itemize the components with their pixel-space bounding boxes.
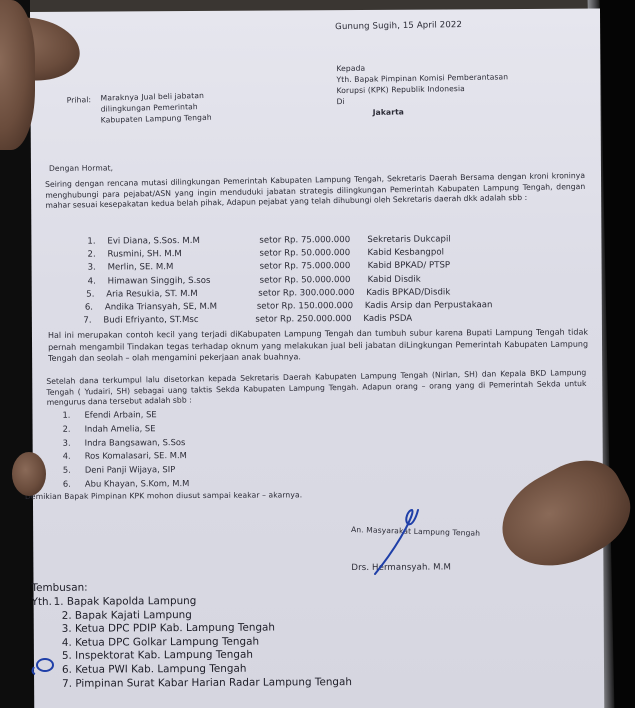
official-row: 1.Evi Diana, S.Sos. M.Msetor Rp. 75.000.… [87, 234, 547, 249]
num: 4. [88, 276, 96, 286]
recipient-line2: Korupsi (KPK) Republik Indonesia [336, 84, 465, 95]
official-row: 4.Himawan Singgih, S.sossetor Rp. 50.000… [88, 273, 548, 288]
place-date: Gunung Sugih, 15 April 2022 [335, 20, 462, 32]
subject-line3: Kabupaten Lampung Tengah [101, 113, 212, 125]
finger-left-middle [12, 452, 46, 496]
handler-number: 2. [63, 424, 71, 434]
position: Kadis Arsip dan Perpustakaan [365, 300, 493, 311]
num: 6. [85, 303, 93, 313]
pen-signature [370, 488, 450, 578]
num: 3. [88, 263, 96, 273]
recipient-line3: Di [337, 97, 345, 106]
official-name: Budi Efriyanto, ST.Msc [103, 315, 198, 326]
position: Kadis PSDA [363, 314, 412, 324]
deposit-amount: setor Rp. 50.000.000 [260, 275, 351, 286]
position: Kadis BPKAD/Disdik [366, 287, 450, 298]
recipient-city: Jakarta [373, 107, 404, 117]
official-name: Andika Triansyah, SE, M.M [105, 302, 217, 313]
position: Kabid BPKAD/ PTSP [368, 261, 451, 272]
recipient-line1: Yth. Bapak Pimpinan Komisi Pemberantasan [336, 72, 508, 84]
num: 1. [87, 237, 95, 247]
official-name: Aria Resukia, ST. M.M [106, 289, 197, 300]
handlers-list: 1.Efendi Arbain, SE2.Indah Amelia, SE3.I… [62, 410, 63, 493]
deposit-amount: setor Rp. 150.000.000 [257, 301, 353, 312]
official-row: 7.Budi Efriyanto, ST.Mscsetor Rp. 250.00… [88, 313, 548, 328]
letter-paper: Gunung Sugih, 15 April 2022 Kepada Yth. … [30, 9, 604, 708]
salutation: Dengan Hormat, [49, 163, 113, 172]
handler-name: Deni Panji Wijaya, SIP [85, 464, 176, 475]
position: Sekretaris Dukcapil [367, 234, 450, 245]
num: 2. [87, 250, 95, 260]
deposit-amount: setor Rp. 75.000.000 [260, 261, 351, 272]
subject-line1: Maraknya Jual beli jabatan [100, 91, 204, 103]
deposit-amount: setor Rp. 300.000.000 [258, 288, 354, 299]
num: 7. [83, 316, 91, 326]
official-row: 2.Rusmini, SH. M.Msetor Rp. 50.000.000Ka… [87, 247, 547, 262]
handler-number: 1. [62, 410, 70, 420]
position: Kabid Disdik [368, 274, 421, 284]
handler-number: 3. [63, 437, 71, 447]
photo: Gunung Sugih, 15 April 2022 Kepada Yth. … [0, 0, 635, 708]
official-row: 5.Aria Resukia, ST. M.Msetor Rp. 300.000… [88, 287, 548, 302]
recipient-label: Kepada [336, 64, 365, 73]
cc-list: 1. Bapak Kapolda Lampung2. Bapak Kajati … [54, 594, 352, 691]
num: 5. [86, 289, 94, 299]
handler-number: 5. [63, 465, 71, 475]
paragraph-fund-handlers: Setelah dana terkumpul lalu disetorkan k… [46, 368, 586, 408]
official-row: 6.Andika Triansyah, SE, M.Msetor Rp. 150… [88, 300, 548, 315]
official-name: Evi Diana, S.Sos. M.M [107, 236, 200, 247]
pen-circle-mark [28, 655, 58, 677]
handler-number: 6. [63, 479, 71, 489]
deposit-amount: setor Rp. 250.000.000 [255, 314, 351, 325]
deposit-amount: setor Rp. 75.000.000 [259, 235, 350, 246]
handler-name: Efendi Arbain, SE [84, 409, 156, 419]
official-name: Rusmini, SH. M.M [107, 249, 181, 259]
cc-item: 7. Pimpinan Surat Kabar Harian Radar Lam… [54, 676, 352, 691]
official-row: 3.Merlin, SE. M.Msetor Rp. 75.000.000Kab… [88, 260, 548, 275]
subject-line2: dilingkungan Pemerintah [101, 102, 198, 113]
official-name: Himawan Singgih, S.sos [108, 275, 211, 286]
cc-label: Tembusan: [31, 582, 87, 594]
closing-text: Demikian Bapak Pimpinan KPK mohon diusut… [25, 490, 302, 501]
handler-number: 4. [63, 451, 71, 461]
deposit-amount: setor Rp. 50.000.000 [259, 248, 350, 259]
position: Kabid Kesbangpol [367, 248, 444, 258]
intro-paragraph: Seiring dengan rencana mutasi dilingkung… [45, 171, 585, 211]
handler-name: Abu Khayan, S.Kom, M.M [85, 478, 190, 489]
paragraph-accountability: Hal ini merupakan contoh kecil yang terj… [48, 327, 588, 365]
official-name: Merlin, SE. M.M [108, 263, 174, 273]
subject-label: Prihal: [67, 95, 92, 105]
handler-name: Ros Komalasari, SE. M.M [85, 450, 187, 461]
handler-name: Indra Bangsawan, S.Sos [85, 437, 186, 448]
handler-name: Indah Amelia, SE [85, 423, 156, 433]
cc-prefix: Yth. [32, 596, 52, 608]
